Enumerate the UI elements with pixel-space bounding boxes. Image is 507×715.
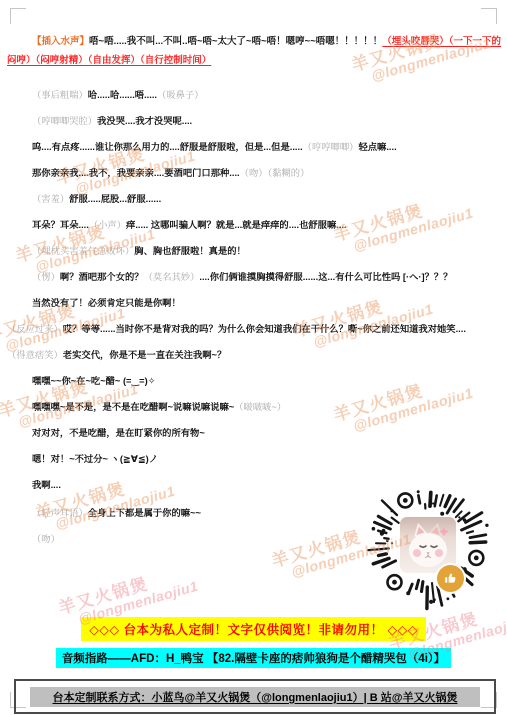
- stage-direction: （愣）: [32, 272, 60, 282]
- stage-direction: （事后粗喘）: [32, 90, 88, 100]
- stage-direction: （吻）（黏糊的）: [240, 168, 310, 178]
- script-line: 耳朵？耳朵....（小声）痒..... 这哪叫骗人啊？就是...就是痒痒的...…: [7, 218, 504, 232]
- footer-audio-row: 音频指路——AFD：H_鸭宝 【82.隔壁卡座的痞帅狼狗是个醋精哭包（4i）】: [0, 648, 507, 668]
- dialog-text: 轻点嘛....: [358, 142, 396, 152]
- footer-notice-row: ◇◇◇ 台本为私人定制！文字仅供阅览！非请勿用！ ◇◇◇: [0, 617, 507, 641]
- dialog-text: 耳朵？耳朵....: [32, 220, 89, 230]
- script-line: （害羞）舒服.....屁股...舒服......: [7, 192, 504, 206]
- script-line: （得意痞笑）老实交代，你是不是一直在关注我啊~？: [7, 348, 504, 362]
- stage-direction: （埋枕头害羞气急败坏）: [32, 246, 134, 256]
- audio-guide: 音频指路——AFD：H_鸭宝 【82.隔壁卡座的痞帅狼狗是个醋精哭包（4i）】: [56, 648, 451, 668]
- dialog-text: 嗯！对！~不过分~ ヽ(≧∀≦)ノ: [32, 454, 158, 464]
- script-line: 呜....有点疼......谁让你那么用力的....舒服是舒服啦，但是...但是…: [7, 140, 504, 154]
- script-line: 对对对，不是吃醋，是在盯紧你的所有物~: [7, 426, 504, 440]
- script-line: 当然没有了！必须肯定只能是你啊！: [7, 296, 504, 310]
- document-page: 【插入水声】唔~唔.....我不叫...不叫..唔~唔~太大了~唔~唔！嗯哼~~…: [0, 0, 507, 715]
- script-line: （事后粗喘）哈.....哈......唔.....（吸鼻子）: [7, 88, 504, 102]
- script-line: 那你亲亲我....我不，我要亲亲....要酒吧门口那种....（吻）（黏糊的）: [7, 166, 504, 180]
- stage-direction: （吸鼻子）: [157, 90, 204, 100]
- dialog-text: ....你们俩谁摸胸摸得舒服......这...有什么可比性吗 [·へ·]？？？: [199, 272, 452, 282]
- stage-direction: （吻）: [32, 534, 60, 544]
- dialog-text: 我啊....: [32, 480, 61, 490]
- dialog-text: 对对对，不是吃醋，是在盯紧你的所有物~: [32, 428, 205, 438]
- script-line: （愣）啊？酒吧那个女的？（莫名其妙）....你们俩谁摸胸摸得舒服......这.…: [7, 270, 504, 284]
- header-paragraph: 【插入水声】唔~唔.....我不叫...不叫..唔~唔~太大了~唔~唔！嗯哼~~…: [7, 32, 502, 70]
- stage-direction: （哼唧唧哭腔）: [32, 116, 97, 126]
- qrcode: [350, 477, 506, 613]
- script-line: 嘿嘿~~你~在~吃~醋~ (=‿=)✧: [7, 374, 504, 388]
- stage-direction: （害羞）: [32, 194, 69, 204]
- stage-direction: （莫名其妙）: [144, 272, 200, 282]
- contact-info: 台本定制联系方式：小蓝鸟@羊又火锅煲（@longmenlaojiu1）| B 站…: [30, 687, 479, 707]
- dialog-text: 痒..... 这哪叫骗人啊？就是...就是痒痒的....也舒服嘛....: [126, 220, 347, 230]
- dialog-text: 当然没有了！必须肯定只能是你啊！: [32, 298, 181, 308]
- private-use-notice: ◇◇◇ 台本为私人定制！文字仅供阅览！非请勿用！ ◇◇◇: [81, 617, 426, 641]
- dialog-text: 哈.....哈......唔.....: [88, 90, 157, 100]
- margin-corner-mark: [10, 8, 26, 24]
- stage-direction: （得意痞笑）: [7, 350, 63, 360]
- stage-direction: （反应过来）: [7, 324, 63, 334]
- script-line: 嘿嘿嘿~是不是，是不是在吃醋啊~说嘛说嘛说嘛~（啵啵啵~）: [7, 400, 504, 414]
- margin-corner-mark: [481, 8, 497, 24]
- script-line: （哼唧唧哭腔）我没哭....我才没哭呢....: [7, 114, 504, 128]
- dialog-text: 呜....有点疼......谁让你那么用力的....舒服是舒服啦，但是...但是…: [32, 142, 303, 152]
- dialog-text: 啊？酒吧那个女的？: [60, 272, 144, 282]
- dialog-text: 嘿嘿嘿~是不是，是不是在吃醋啊~说嘛说嘛说嘛~: [32, 402, 234, 412]
- dialog-text: 老实交代，你是不是一直在关注我啊~？: [63, 350, 226, 360]
- insert-sfx-tag: 【插入水声】: [32, 36, 89, 47]
- script-line: 嗯！对！~不过分~ ヽ(≧∀≦)ノ: [7, 452, 504, 466]
- dialog-text: 那你亲亲我....我不，我要亲亲....要酒吧门口那种....: [32, 168, 240, 178]
- header-dialog: 唔~唔.....我不叫...不叫..唔~唔~太大了~唔~唔！嗯哼~~唔嗯！！！！…: [89, 36, 382, 47]
- stage-direction: （小声）: [89, 220, 126, 230]
- dialog-text: 胸、胸也舒服啦！真是的！: [134, 246, 246, 256]
- script-line: （反应过来）哎？等等......当时你不是背对我的吗？为什么你会知道我们在干什么…: [7, 322, 504, 336]
- dialog-text: 嘿嘿~~你~在~吃~醋~ (=‿=)✧: [32, 376, 155, 386]
- contact-box: 台本定制联系方式：小蓝鸟@羊又火锅煲（@longmenlaojiu1）| B 站…: [14, 679, 496, 714]
- dialog-text: 我没哭....我才没哭呢....: [97, 116, 192, 126]
- stage-direction: （啵啵啵~）: [234, 402, 286, 412]
- stage-direction: （哼哼唧唧）: [303, 142, 359, 152]
- thumbs-up-badge: [437, 565, 464, 592]
- script-line: （埋枕头害羞气急败坏）胸、胸也舒服啦！真是的！: [7, 244, 504, 258]
- dialog-text: 全身上下都是属于你的嘛~~: [88, 508, 201, 518]
- dialog-text: 哎？等等......当时你不是背对我的吗？为什么你会知道我们在干什么？嘶~你之前…: [63, 324, 466, 334]
- stage-direction: （轻声耳语）: [32, 508, 88, 518]
- dialog-text: 舒服.....屁股...舒服......: [69, 194, 161, 204]
- thumbs-up-icon: [443, 571, 458, 586]
